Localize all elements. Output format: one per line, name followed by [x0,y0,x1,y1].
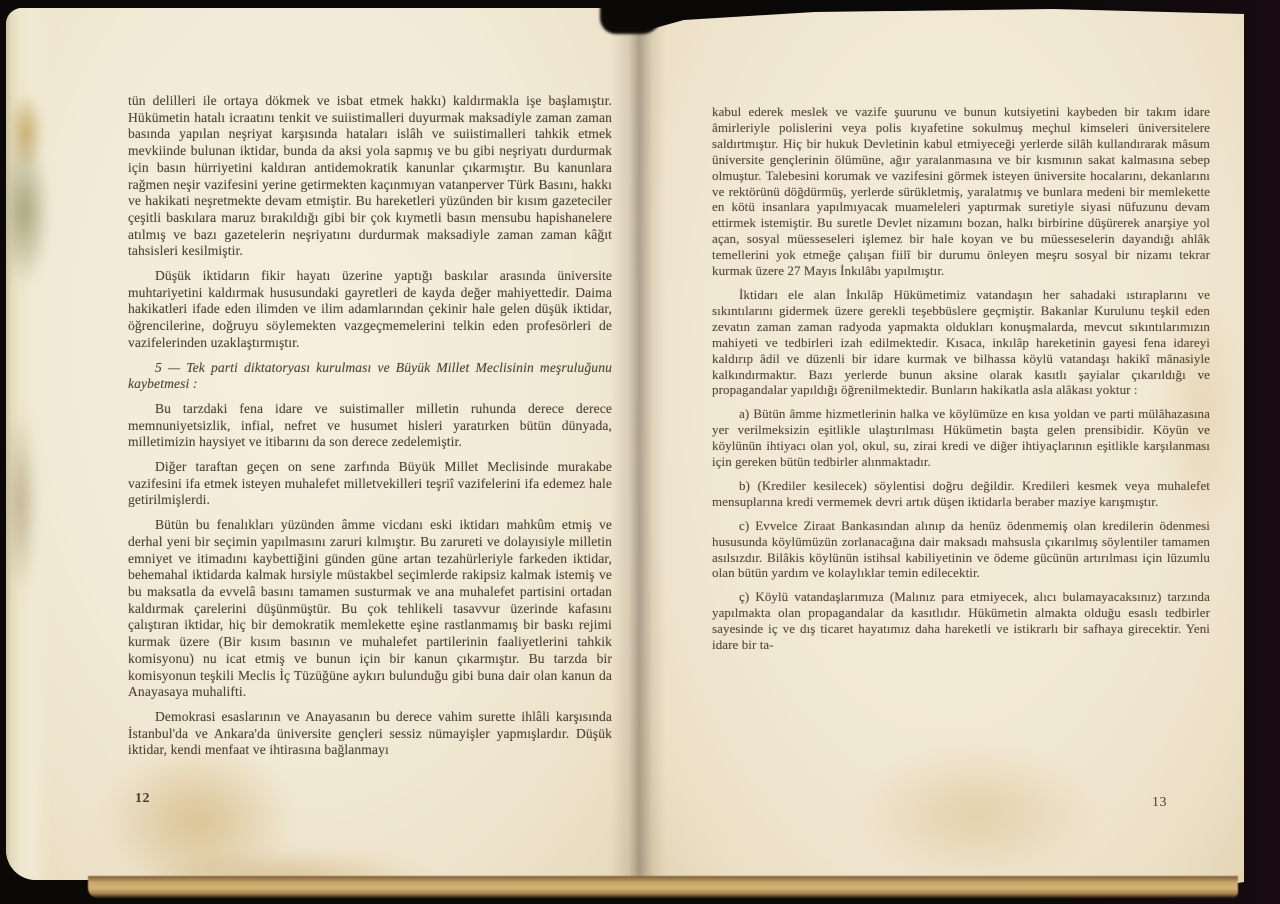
stain [856,742,1096,882]
list-item-c: c) Evvelce Ziraat Bankasından alınıp da … [712,518,1210,582]
paragraph: Demokrasi esaslarının ve Anayasanın bu d… [128,709,612,759]
page-number: 13 [1152,795,1167,811]
paragraph: Diğer taraftan geçen on sene zarfında Bü… [128,459,612,509]
paragraph-continuation: kabul ederek meslek ve vazife şuurunu ve… [712,104,1210,279]
book-bottom-edge [88,876,1238,898]
right-page-text-block: kabul ederek meslek ve vazife şuurunu ve… [712,104,1210,661]
list-item-a: a) Bütün âmme hizmetlerinin halka ve köy… [712,406,1210,470]
paragraph: Bütün bu fenalıkları yüzünden âmme vicda… [128,517,612,701]
section-heading: 5 — Tek parti diktatoryası kurulması ve … [128,360,612,393]
paragraph: İktidarı ele alan İnkılâp Hükümetimiz va… [712,287,1210,398]
list-item-ch: ç) Köylü vatandaşlarımıza (Malınız para … [712,589,1210,653]
list-item-b: b) (Krediler kesilecek) söylentisi doğru… [712,478,1210,510]
right-page: kabul ederek meslek ve vazife şuurunu ve… [648,0,1244,886]
left-page-text-block: tün delilleri ile ortaya dökmek ve isbat… [128,93,612,767]
paragraph: Bu tarzdaki fena idare ve suistimaller m… [128,401,612,451]
paragraph: Düşük iktidarın fikir hayatı üzerine yap… [128,268,612,352]
gutter-top-gap [600,0,662,34]
paragraph-continuation: tün delilleri ile ortaya dökmek ve isbat… [128,93,612,260]
page-number: 12 [135,791,150,807]
left-page: tün delilleri ile ortaya dökmek ve isbat… [6,8,648,880]
page-stack-fore-edge [6,8,52,880]
book-scan: tün delilleri ile ortaya dökmek ve isbat… [0,0,1280,904]
